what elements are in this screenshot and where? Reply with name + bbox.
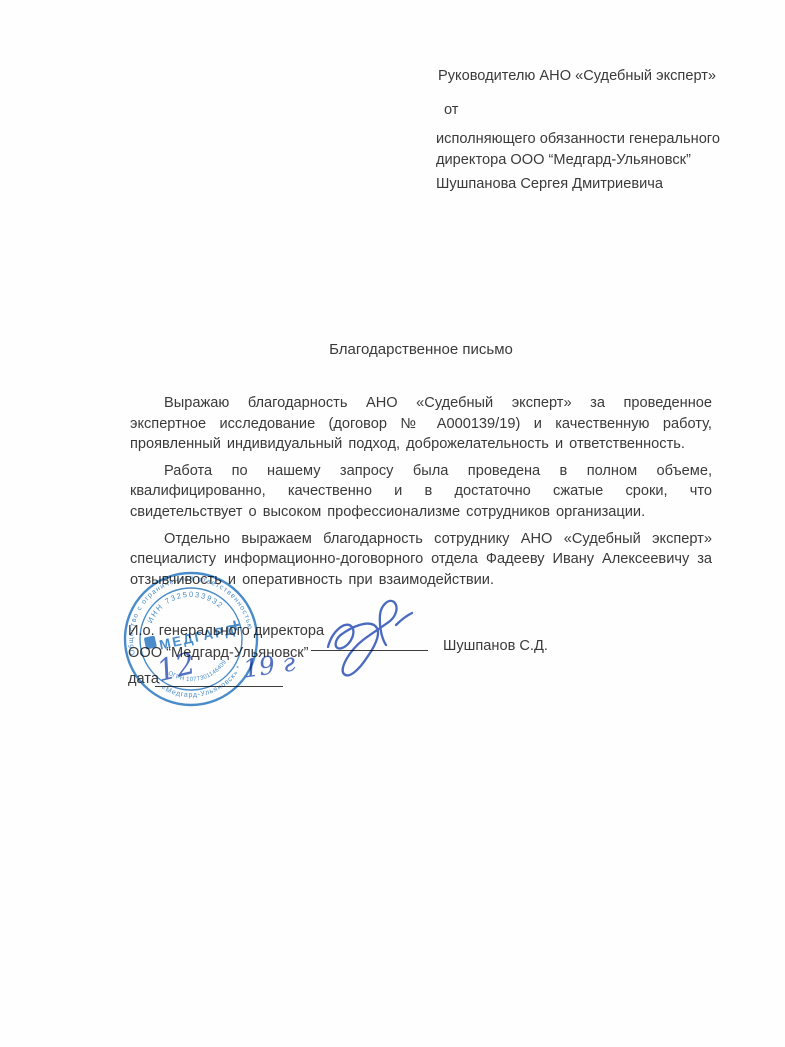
recipient-line: Руководителю АНО «Судебный эксперт» [438,68,716,84]
letter-page: Руководителю АНО «Судебный эксперт» от и… [0,0,785,1047]
sender-role-line1: исполняющего обязанности генерального [436,131,720,147]
company-stamp: Общество с ограниченной ответственностью… [121,569,261,709]
handwritten-date-year: 19 г [241,647,297,683]
paragraph-1: Выражаю благодарность АНО «Судебный эксп… [130,393,712,455]
letter-title: Благодарственное письмо [130,341,712,358]
letter-body: Выражаю благодарность АНО «Судебный эксп… [130,393,712,596]
from-label: от [444,102,458,118]
handwritten-signature [318,595,436,683]
paragraph-2: Работа по нашему запросу была проведена … [130,461,712,523]
signature-scribble [328,601,397,676]
signer-name: Шушпанов С.Д. [443,638,548,654]
stamp-center-text: МЕДГАРД [158,622,238,653]
sender-name: Шушпанова Сергея Дмитриевича [436,176,663,192]
sender-role-line2: директора ООО “Медгард-Ульяновск” [436,152,691,168]
signature-flourish [396,613,412,625]
stamp-logo-mark [144,636,157,650]
